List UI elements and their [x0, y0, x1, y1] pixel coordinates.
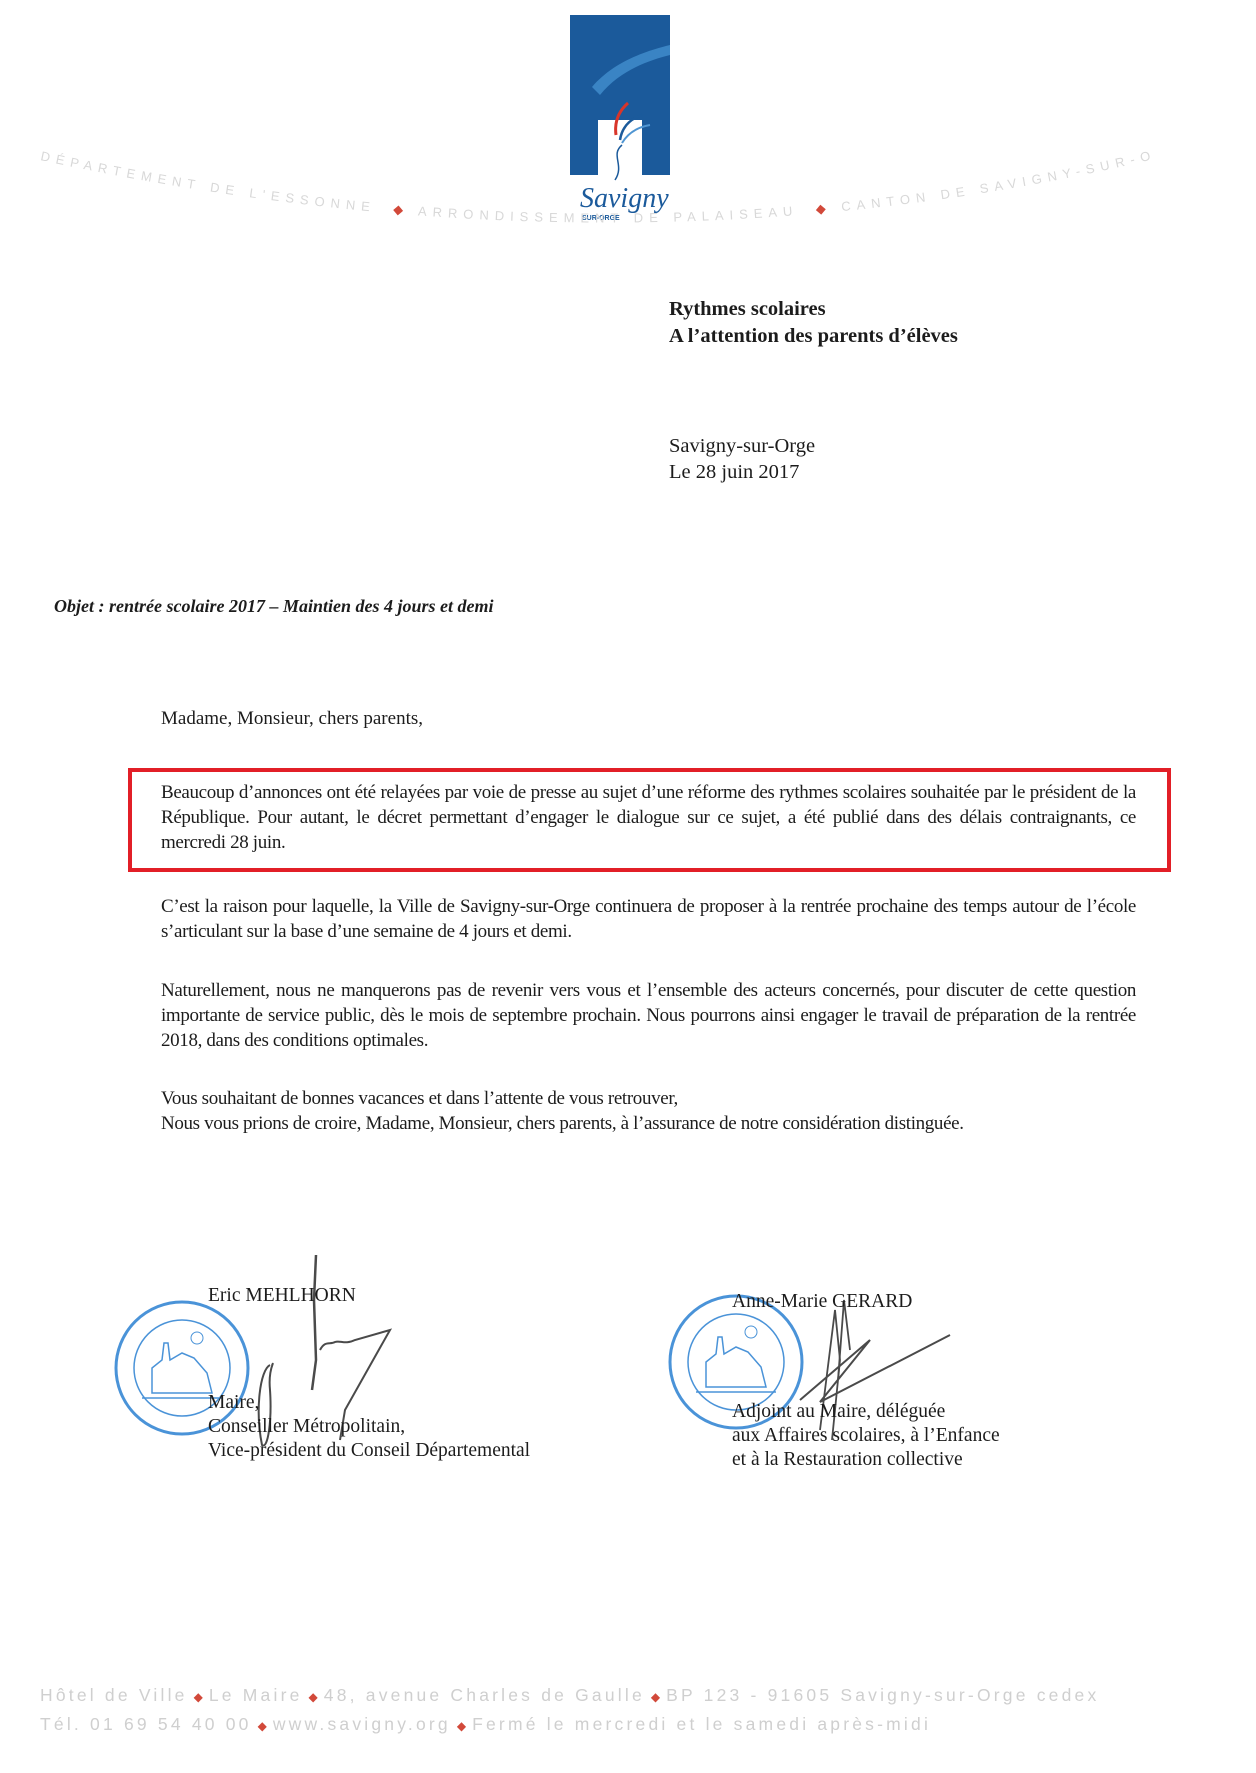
- heading-line-2: A l’attention des parents d’élèves: [669, 323, 958, 350]
- paragraph-2: Naturellement, nous ne manquerons pas de…: [161, 978, 1136, 1053]
- signatory-1-titles: Maire, Conseiller Métropolitain, Vice-pr…: [208, 1391, 530, 1463]
- date: Le 28 juin 2017: [669, 459, 815, 485]
- closing-line-2: Nous vous prions de croire, Madame, Mons…: [161, 1111, 1136, 1136]
- closing: Vous souhaitant de bonnes vacances et da…: [161, 1086, 1136, 1136]
- footer-address-part: Le Maire: [209, 1685, 303, 1705]
- diamond-separator-icon: ◆: [194, 1690, 203, 1704]
- footer-website: www.savigny.org: [273, 1714, 451, 1734]
- signatory-1-title-1: Maire,: [208, 1391, 530, 1415]
- signatory-1-title-3: Vice-président du Conseil Départemental: [208, 1439, 530, 1463]
- letter-footer: Hôtel de Ville◆Le Maire◆48, avenue Charl…: [40, 1682, 1240, 1740]
- heading-line-1: Rythmes scolaires: [669, 296, 958, 323]
- diamond-separator-icon: ◆: [651, 1690, 660, 1704]
- footer-address-part: BP 123 - 91605 Savigny-sur-Orge cedex: [666, 1685, 1099, 1705]
- footer-address-part: 48, avenue Charles de Gaulle: [324, 1685, 645, 1705]
- signatory-2-title-1: Adjoint au Maire, déléguée: [732, 1400, 1000, 1424]
- closing-line-1: Vous souhaitant de bonnes vacances et da…: [161, 1086, 1136, 1111]
- letter-heading: Rythmes scolaires A l’attention des pare…: [669, 296, 958, 350]
- paragraph-1: C’est la raison pour laquelle, la Ville …: [161, 894, 1136, 944]
- letter-object: Objet : rentrée scolaire 2017 – Maintien…: [54, 596, 493, 617]
- signatory-1-title-2: Conseiller Métropolitain,: [208, 1415, 530, 1439]
- diamond-separator-icon: ◆: [457, 1719, 466, 1733]
- signatory-2-name: Anne-Marie GERARD: [732, 1290, 912, 1314]
- svg-text:DÉPARTEMENT DE L'ESSONNE: DÉPARTEMENT DE L'ESSONNE ◆ ARRONDISSEMEN…: [0, 150, 1158, 226]
- signatory-2-titles: Adjoint au Maire, déléguée aux Affaires …: [732, 1400, 1000, 1472]
- footer-line-1: Hôtel de Ville◆Le Maire◆48, avenue Charl…: [40, 1682, 1240, 1711]
- salutation: Madame, Monsieur, chers parents,: [161, 706, 1136, 731]
- letterhead-arc: DÉPARTEMENT DE L'ESSONNE ◆ ARRONDISSEMEN…: [0, 150, 1256, 270]
- highlighted-paragraph: Beaucoup d’annonces ont été relayées par…: [161, 780, 1136, 855]
- place-date: Savigny-sur-Orge Le 28 juin 2017: [669, 433, 815, 485]
- signatory-1-name: Eric MEHLHORN: [208, 1284, 356, 1308]
- place: Savigny-sur-Orge: [669, 433, 815, 459]
- signatory-2-title-2: aux Affaires scolaires, à l’Enfance: [732, 1424, 1000, 1448]
- footer-line-2: Tél. 01 69 54 40 00◆www.savigny.org◆Ferm…: [40, 1711, 1240, 1740]
- diamond-separator-icon: ◆: [258, 1719, 267, 1733]
- diamond-separator-icon: ◆: [309, 1690, 318, 1704]
- footer-address-part: Hôtel de Ville: [40, 1685, 188, 1705]
- footer-hours: Fermé le mercredi et le samedi après-mid…: [472, 1714, 931, 1734]
- signatory-2-title-3: et à la Restauration collective: [732, 1448, 1000, 1472]
- footer-phone: Tél. 01 69 54 40 00: [40, 1714, 252, 1734]
